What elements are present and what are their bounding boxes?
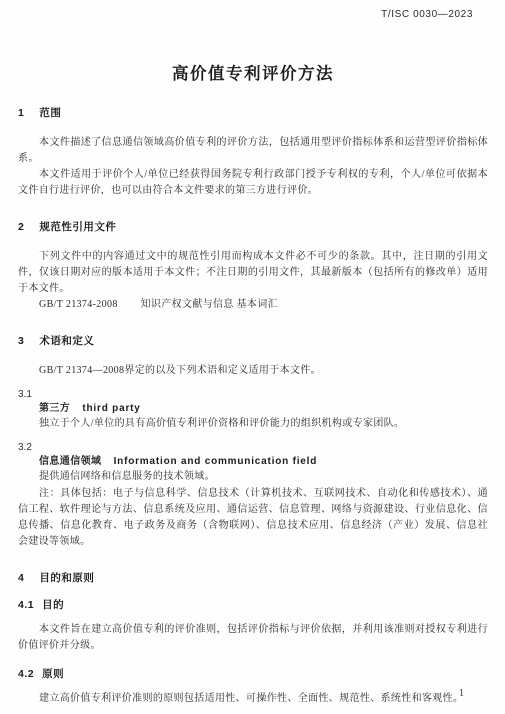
clause-3-2-definition: 提供通信网络和信息服务的技术领域。	[18, 469, 488, 485]
scope-paragraph-2: 本文件适用于评价个人/单位已经获得国务院专利行政部门授予专利权的专利，个人/单位…	[18, 167, 488, 199]
principles-paragraph: 建立高价值专利评价准则的原则包括适用性、可操作性、全面性、规范性、系统性和客观性…	[18, 691, 488, 707]
section-2-heading: 2 规范性引用文件	[18, 220, 488, 234]
term-zh: 第三方	[39, 403, 70, 414]
clause-3-2-term: 信息通信领域 Information and communication fie…	[18, 455, 488, 469]
clause-3-1-definition: 独立于个人/单位的具有高价值专利评价资格和评价能力的组织机构或专家团队。	[18, 416, 488, 432]
section-3-number: 3	[18, 334, 24, 348]
section-1-number: 1	[18, 106, 24, 120]
clause-3-1-term: 第三方 third party	[18, 402, 488, 416]
purpose-paragraph: 本文件旨在建立高价值专利的评价准则，包括评价指标与评价依据，并利用该准则对授权专…	[18, 622, 488, 654]
section-4-label: 目的和原则	[39, 571, 94, 585]
normative-reference-entry: GB/T 21374-2008 知识产权文献与信息 基本词汇	[18, 297, 488, 313]
scope-paragraph-1: 本文件描述了信息通信领域高价值专利的评价方法，包括通用型评价指标体系和运营型评价…	[18, 135, 488, 167]
section-1-label: 范围	[39, 106, 61, 120]
term-zh: 信息通信领域	[39, 456, 101, 467]
term-en: third party	[82, 403, 140, 414]
page-number: 1	[459, 688, 464, 699]
term-en: Information and communication field	[114, 456, 318, 467]
section-3-heading: 3 术语和定义	[18, 334, 488, 348]
section-2-label: 规范性引用文件	[39, 220, 116, 234]
section-3-label: 术语和定义	[39, 334, 94, 348]
doc-title: 高价值专利评价方法	[18, 63, 488, 85]
section-4-2-label: 原则	[42, 667, 64, 681]
terms-intro: GB/T 21374—2008界定的以及下列术语和定义适用于本文件。	[18, 363, 488, 379]
section-4-heading: 4 目的和原则	[18, 571, 488, 585]
reference-title: 知识产权文献与信息 基本词汇	[141, 299, 278, 310]
section-4-1-label: 目的	[42, 598, 64, 612]
document-page: T/ISC 0030—2023 高价值专利评价方法 1 范围 本文件描述了信息通…	[0, 0, 505, 714]
section-4-2-number: 4.2	[18, 667, 34, 681]
doc-number: T/ISC 0030—2023	[381, 9, 473, 20]
reference-id: GB/T 21374-2008	[39, 299, 118, 310]
section-4-1-heading: 4.1 目的	[18, 598, 488, 612]
section-1-heading: 1 范围	[18, 106, 488, 120]
doc-header: T/ISC 0030—2023	[18, 8, 488, 21]
section-4-number: 4	[18, 571, 24, 585]
section-2-number: 2	[18, 220, 24, 234]
section-4-2-heading: 4.2 原则	[18, 667, 488, 681]
clause-3-1-number: 3.1	[18, 388, 488, 401]
normative-refs-paragraph: 下列文件中的内容通过文中的规范性引用而构成本文件必不可少的条款。其中，注日期的引…	[18, 249, 488, 297]
clause-3-2-number: 3.2	[18, 441, 488, 454]
section-4-1-number: 4.1	[18, 598, 34, 612]
clause-3-2-note: 注：具体包括：电子与信息科学、信息技术（计算机技术、互联网技术、自动化和传感技术…	[18, 486, 488, 550]
